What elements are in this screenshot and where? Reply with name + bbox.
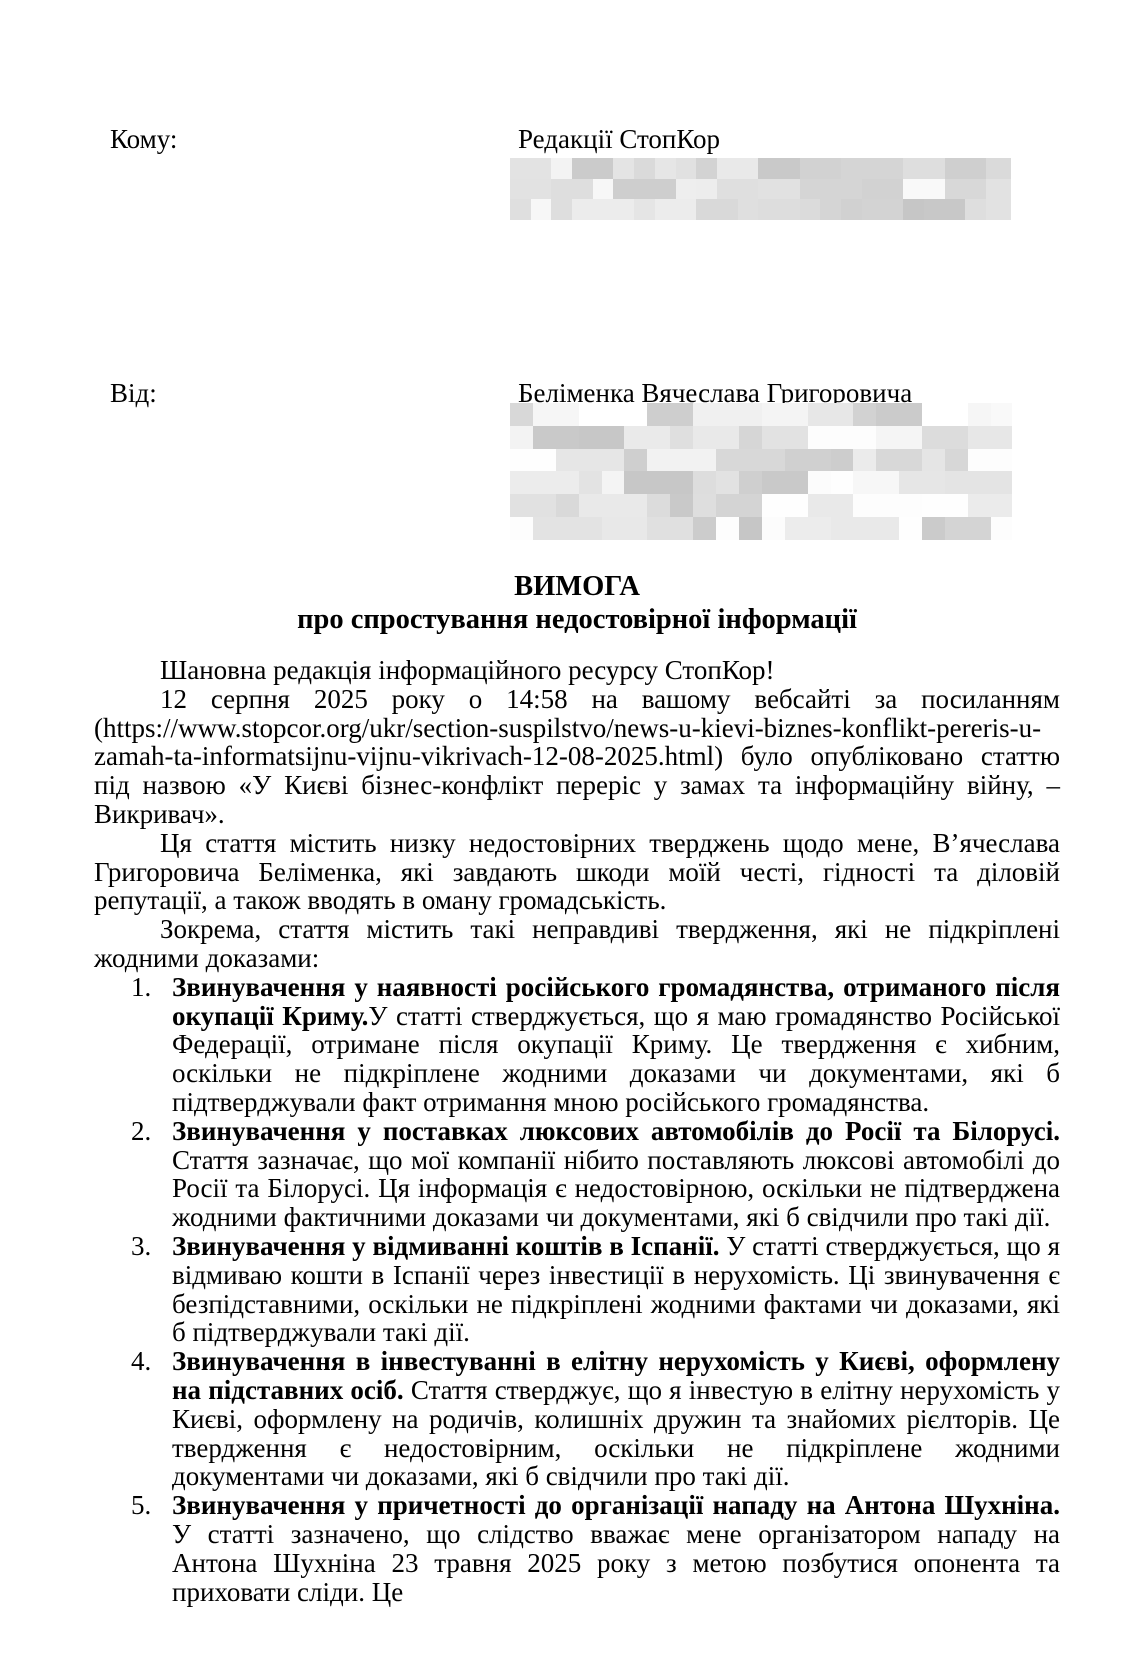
claim-number: 4.: [131, 1347, 151, 1376]
claims-list: 1.Звинувачення у наявності російського г…: [94, 973, 1060, 1607]
claim-item-2: 2.Звинувачення у поставках люксових авто…: [94, 1117, 1060, 1232]
document-page: Кому: Редакції СтопКор Від: Беліменка Вя…: [0, 0, 1144, 1662]
salutation: Шановна редакція інформаційного ресурсу …: [94, 656, 1060, 685]
claim-item-5: 5.Звинувачення у причетності до організа…: [94, 1491, 1060, 1606]
document-subtitle: про спростування недостовірної інформаці…: [94, 603, 1060, 636]
recipient-value: Редакції СтопКор: [518, 124, 720, 155]
claim-detail: Стаття зазначає, що мої компанії нібито …: [172, 1145, 1060, 1233]
recipient-label: Кому:: [110, 124, 177, 155]
claim-detail: У статті зазначено, що слідство вважає м…: [172, 1519, 1060, 1607]
claim-number: 1.: [131, 973, 151, 1002]
claim-title: Звинувачення у причетності до організаці…: [172, 1490, 1060, 1520]
redacted-recipient-details-block: [510, 158, 1011, 220]
claims-intro-paragraph: Зокрема, стаття містить такі неправдиві …: [94, 915, 1060, 973]
document-body: Шановна редакція інформаційного ресурсу …: [94, 656, 1060, 1606]
claim-title: Звинувачення у поставках люксових автомо…: [172, 1116, 1060, 1146]
redacted-sender-details-block: [510, 403, 1012, 540]
claim-item-3: 3.Звинувачення у відмиванні коштів в Ісп…: [94, 1232, 1060, 1347]
document-title: ВИМОГА: [94, 570, 1060, 603]
claim-title: Звинувачення у відмиванні коштів в Іспан…: [172, 1231, 719, 1261]
publication-paragraph: 12 серпня 2025 року о 14:58 на вашому ве…: [94, 685, 1060, 829]
claim-number: 3.: [131, 1232, 151, 1261]
claim-number: 5.: [131, 1491, 151, 1520]
claims-overview-paragraph: Ця стаття містить низку недостовірних тв…: [94, 829, 1060, 915]
claim-item-4: 4.Звинувачення в інвестуванні в елітну н…: [94, 1347, 1060, 1491]
claim-item-1: 1.Звинувачення у наявності російського г…: [94, 973, 1060, 1117]
sender-label: Від:: [110, 378, 157, 409]
claim-number: 2.: [131, 1117, 151, 1146]
document-heading: ВИМОГА про спростування недостовірної ін…: [94, 570, 1060, 636]
